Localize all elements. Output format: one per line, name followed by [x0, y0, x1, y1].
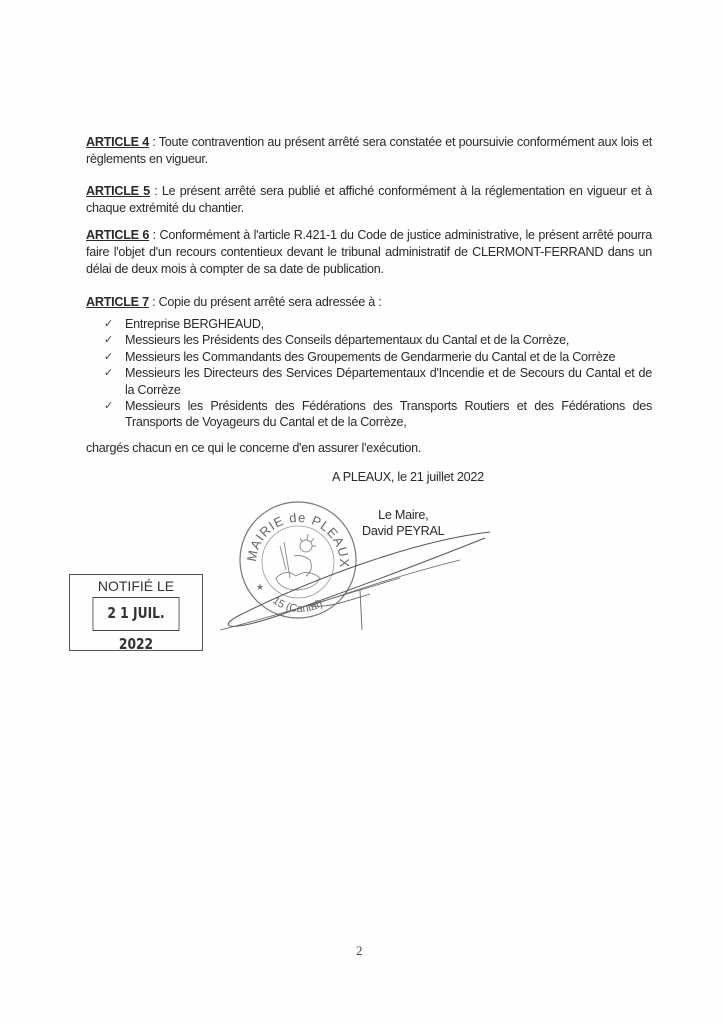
checkmark-icon: ✓ — [104, 398, 113, 414]
stamp-title: NOTIFIÉ LE — [70, 578, 202, 594]
page-number: 2 — [356, 943, 363, 959]
list-item: ✓Messieurs les Présidents des Conseils d… — [104, 332, 652, 348]
article-6-text: Conformément à l'article R.421-1 du Code… — [86, 228, 652, 276]
article-6-label: ARTICLE 6 — [86, 228, 149, 242]
article-4-label: ARTICLE 4 — [86, 135, 149, 149]
article-7-text: Copie du présent arrêté sera adressée à … — [159, 295, 382, 309]
article-7-label: ARTICLE 7 — [86, 295, 149, 309]
list-item: ✓Messieurs les Commandants des Groupemen… — [104, 349, 652, 365]
document-page: ARTICLE 4 : Toute contravention au prése… — [0, 0, 724, 1024]
list-item: ✓Entreprise BERGHEAUD, — [104, 316, 652, 332]
notification-stamp: NOTIFIÉ LE 2 1 JUIL. 2022 — [69, 574, 203, 651]
checkmark-icon: ✓ — [104, 316, 113, 332]
checkmark-icon: ✓ — [104, 365, 113, 381]
stamp-date: 2 1 JUIL. 2022 — [93, 597, 180, 631]
article-4-text: Toute contravention au présent arrêté se… — [86, 135, 652, 166]
article-7: ARTICLE 7 : Copie du présent arrêté sera… — [86, 294, 652, 311]
article-6: ARTICLE 6 : Conformément à l'article R.4… — [86, 227, 652, 278]
article-4: ARTICLE 4 : Toute contravention au prése… — [86, 134, 652, 168]
list-item: ✓Messieurs les Directeurs des Services D… — [104, 365, 652, 398]
signature-icon — [200, 520, 500, 640]
list-item: ✓Messieurs les Présidents des Fédération… — [104, 398, 652, 431]
article-5: ARTICLE 5 : Le présent arrêté sera publi… — [86, 183, 652, 217]
closing-statement: chargés chacun en ce qui le concerne d'e… — [86, 441, 421, 455]
checkmark-icon: ✓ — [104, 349, 113, 365]
checkmark-icon: ✓ — [104, 332, 113, 348]
recipient-list: ✓Entreprise BERGHEAUD, ✓Messieurs les Pr… — [104, 316, 652, 431]
place-date: A PLEAUX, le 21 juillet 2022 — [332, 470, 484, 484]
article-5-label: ARTICLE 5 — [86, 184, 150, 198]
article-5-text: Le présent arrêté sera publié et affiché… — [86, 184, 652, 215]
